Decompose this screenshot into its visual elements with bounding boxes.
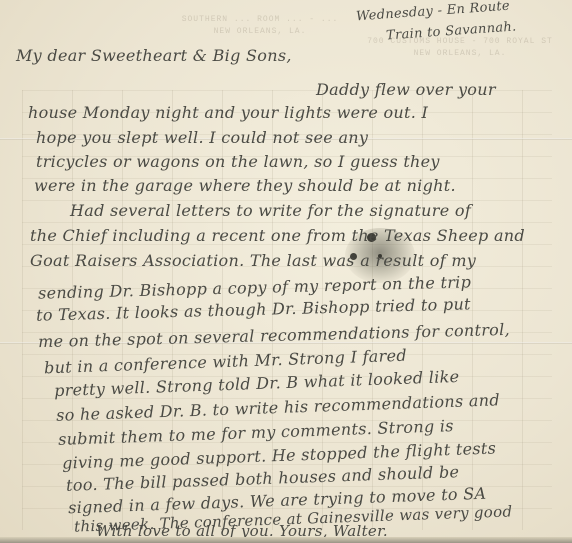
body-line: Daddy flew over your bbox=[316, 80, 496, 99]
letterhead-line: NEW ORLEANS, LA. bbox=[360, 48, 560, 60]
salutation: My dear Sweetheart & Big Sons, bbox=[16, 46, 292, 65]
letter-page: SOUTHERN ... ROOM ... - ... NEW ORLEANS,… bbox=[0, 0, 572, 543]
letterhead-line: SOUTHERN ... ROOM ... - ... bbox=[150, 14, 370, 26]
body-line: me on the spot on several recommendation… bbox=[38, 320, 510, 351]
faint-letterhead-left: SOUTHERN ... ROOM ... - ... NEW ORLEANS,… bbox=[150, 14, 370, 38]
body-line: tricycles or wagons on the lawn, so I gu… bbox=[36, 152, 440, 171]
body-line: were in the garage where they should be … bbox=[34, 176, 456, 195]
body-line: hope you slept well. I could not see any bbox=[36, 128, 368, 147]
body-line: the Chief including a recent one from th… bbox=[30, 226, 525, 245]
letterhead-line: NEW ORLEANS, LA. bbox=[150, 26, 370, 38]
paper-bottom-edge bbox=[0, 537, 572, 543]
body-line: Had several letters to write for the sig… bbox=[70, 201, 471, 220]
body-line: Goat Raisers Association. The last was a… bbox=[30, 251, 476, 270]
body-line: house Monday night and your lights were … bbox=[28, 103, 428, 122]
